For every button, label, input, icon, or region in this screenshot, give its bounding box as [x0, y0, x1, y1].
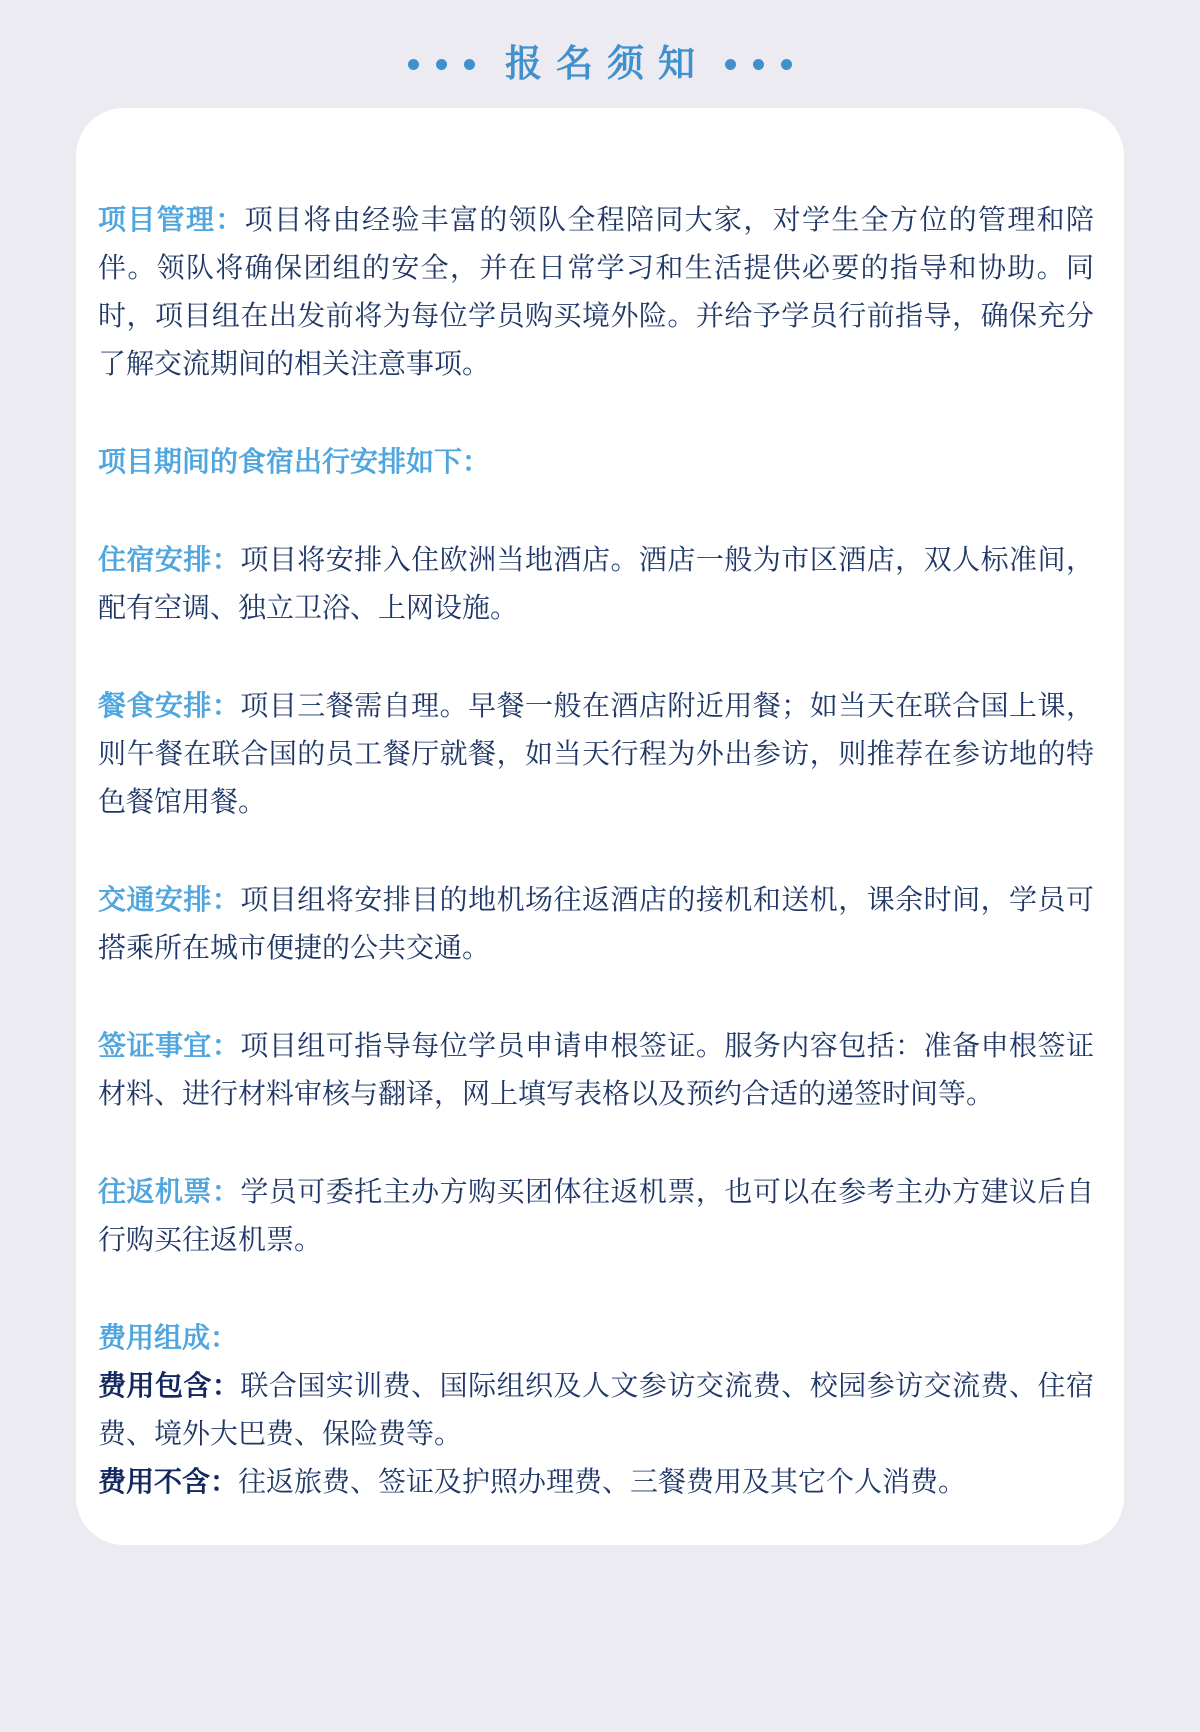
- registration-notice-page: 报名须知 项目管理：项目将由经验丰富的领队全程陪同大家，对学生全方位的管理和陪伴…: [0, 0, 1200, 1545]
- section-text: 项目三餐需自理。早餐一般在酒店附近用餐；如当天在联合国上课，则午餐在联合国的员工…: [98, 690, 1094, 817]
- page-title: 报名须知: [0, 0, 1200, 64]
- dot-icon: [725, 59, 736, 70]
- title-dots-right-icon: [725, 59, 792, 70]
- section-label: 往返机票：: [98, 1176, 240, 1207]
- dot-icon: [781, 59, 792, 70]
- section-heading-text: 项目期间的食宿出行安排如下：: [98, 446, 490, 477]
- section-transport: 交通安排：项目组将安排目的地机场往返酒店的接机和送机，课余时间，学员可搭乘所在城…: [98, 876, 1094, 972]
- section-flights: 往返机票：学员可委托主办方购买团体往返机票，也可以在参考主办方建议后自行购买往返…: [98, 1168, 1094, 1264]
- section-accommodation: 住宿安排：项目将安排入住欧洲当地酒店。酒店一般为市区酒店，双人标准间，配有空调、…: [98, 536, 1094, 632]
- section-text: 项目将安排入住欧洲当地酒店。酒店一般为市区酒店，双人标准间，配有空调、独立卫浴、…: [98, 544, 1094, 623]
- costs-excluded: 费用不含：往返旅费、签证及护照办理费、三餐费用及其它个人消费。: [98, 1458, 1094, 1506]
- section-label: 住宿安排：: [98, 544, 240, 575]
- section-label: 餐食安排：: [98, 690, 240, 721]
- section-label: 签证事宜：: [98, 1030, 240, 1061]
- costs-excluded-label: 费用不含：: [98, 1466, 238, 1497]
- costs-heading: 费用组成：: [98, 1314, 1094, 1362]
- section-meals: 餐食安排：项目三餐需自理。早餐一般在酒店附近用餐；如当天在联合国上课，则午餐在联…: [98, 682, 1094, 826]
- section-costs: 费用组成： 费用包含：联合国实训费、国际组织及人文参访交流费、校园参访交流费、住…: [98, 1314, 1094, 1506]
- content-card: 项目管理：项目将由经验丰富的领队全程陪同大家，对学生全方位的管理和陪伴。领队将确…: [76, 108, 1124, 1545]
- dot-icon: [408, 59, 419, 70]
- dot-icon: [436, 59, 447, 70]
- costs-included-text: 联合国实训费、国际组织及人文参访交流费、校园参访交流费、住宿费、境外大巴费、保险…: [98, 1370, 1094, 1449]
- page-title-text: 报名须知: [505, 39, 709, 89]
- costs-excluded-text: 往返旅费、签证及护照办理费、三餐费用及其它个人消费。: [238, 1466, 966, 1497]
- costs-included-label: 费用包含：: [98, 1370, 240, 1401]
- section-arrangements-heading: 项目期间的食宿出行安排如下：: [98, 438, 1094, 486]
- dot-icon: [464, 59, 475, 70]
- costs-included: 费用包含：联合国实训费、国际组织及人文参访交流费、校园参访交流费、住宿费、境外大…: [98, 1362, 1094, 1458]
- section-text: 项目组可指导每位学员申请申根签证。服务内容包括：准备申根签证材料、进行材料审核与…: [98, 1030, 1094, 1109]
- title-dots-left-icon: [408, 59, 475, 70]
- section-text: 项目将由经验丰富的领队全程陪同大家，对学生全方位的管理和陪伴。领队将确保团组的安…: [98, 204, 1094, 379]
- section-text: 项目组将安排目的地机场往返酒店的接机和送机，课余时间，学员可搭乘所在城市便捷的公…: [98, 884, 1094, 963]
- section-label: 交通安排：: [98, 884, 240, 915]
- section-project-management: 项目管理：项目将由经验丰富的领队全程陪同大家，对学生全方位的管理和陪伴。领队将确…: [98, 196, 1094, 388]
- section-heading-text: 费用组成：: [98, 1322, 238, 1353]
- dot-icon: [753, 59, 764, 70]
- section-visa: 签证事宜：项目组可指导每位学员申请申根签证。服务内容包括：准备申根签证材料、进行…: [98, 1022, 1094, 1118]
- section-text: 学员可委托主办方购买团体往返机票，也可以在参考主办方建议后自行购买往返机票。: [98, 1176, 1094, 1255]
- section-label: 项目管理：: [98, 204, 245, 235]
